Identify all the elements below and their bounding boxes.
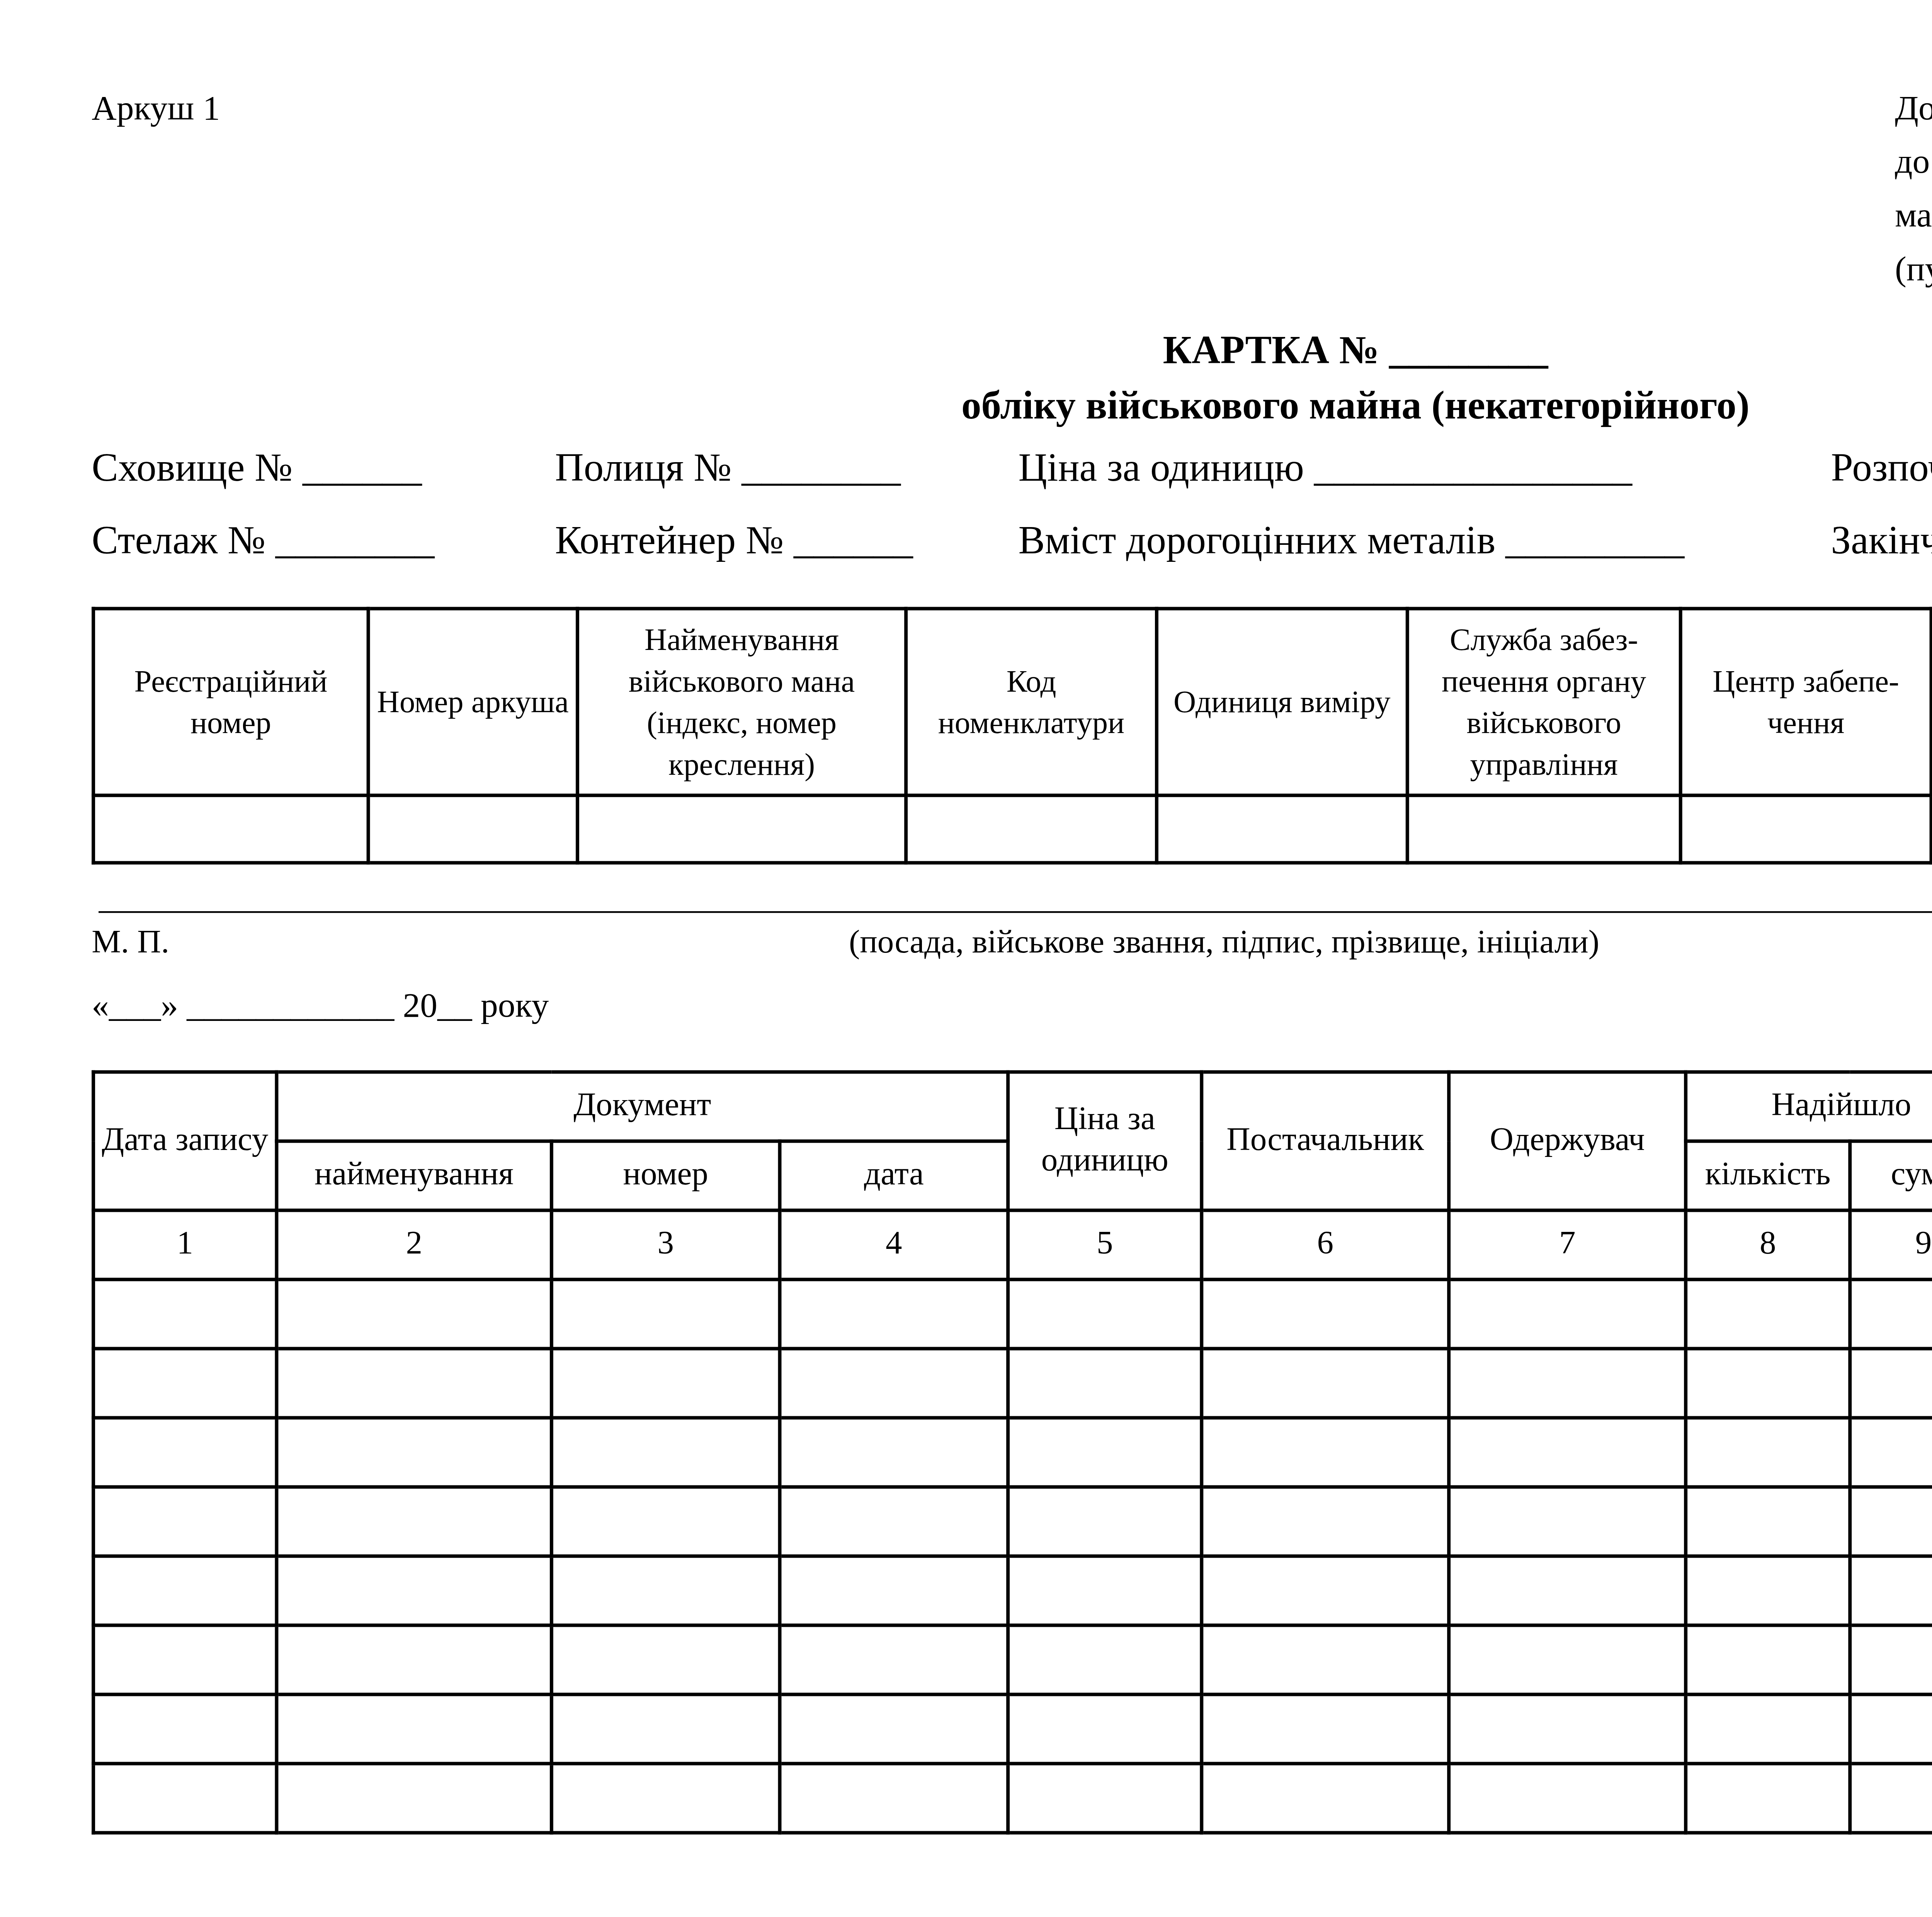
- header-item-name: Найменування військового мана (індекс, н…: [577, 609, 906, 795]
- table-row: [94, 1418, 1932, 1487]
- table-cell[interactable]: [94, 1279, 277, 1349]
- table-cell[interactable]: [277, 1279, 551, 1349]
- table-cell[interactable]: [1202, 1764, 1449, 1833]
- table-cell[interactable]: [1008, 1556, 1202, 1625]
- table-cell[interactable]: [551, 1349, 780, 1418]
- table-cell[interactable]: [1850, 1556, 1932, 1625]
- column-numbers-row: 12345678910111213: [94, 1210, 1932, 1279]
- table-cell[interactable]: [780, 1487, 1008, 1556]
- rack-field[interactable]: Стелаж № ________: [92, 519, 434, 563]
- appendix-line: Додаток 22: [1895, 83, 1932, 137]
- table-cell[interactable]: [1202, 1694, 1449, 1764]
- table-cell[interactable]: [1449, 1487, 1686, 1556]
- table-row: [94, 1694, 1932, 1764]
- signature-line: [99, 911, 1932, 913]
- table-row: [94, 1556, 1932, 1625]
- header-registration-number: Реєстраційний номер: [94, 609, 368, 795]
- header-nomenclature-code: Код номенклатури: [906, 609, 1157, 795]
- table-cell[interactable]: [1449, 1349, 1686, 1418]
- table-cell[interactable]: [1008, 1349, 1202, 1418]
- ledger-table: Дата запису Документ Ціна за одиницю Пос…: [92, 1070, 1932, 1835]
- header-supply-service: Служба забез-печення органу військового …: [1407, 609, 1680, 795]
- table-cell[interactable]: [1008, 1625, 1202, 1694]
- table-cell[interactable]: [780, 1625, 1008, 1694]
- finished-date-field[interactable]: Закінчено «____» __________ 20__ року: [1831, 519, 1932, 563]
- table-cell[interactable]: [551, 1279, 780, 1349]
- container-field[interactable]: Контейнер № ______: [555, 519, 913, 563]
- signature-caption: (посада, військове звання, підпис, прізв…: [849, 925, 1599, 963]
- table-row: [94, 1349, 1932, 1418]
- table-cell[interactable]: [94, 1418, 277, 1487]
- storage-field[interactable]: Сховище № ______: [92, 446, 422, 491]
- table-cell[interactable]: [1850, 1764, 1932, 1833]
- table-cell[interactable]: [1449, 1418, 1686, 1487]
- appendix-line: (пункт 19 розділу IV): [1895, 244, 1932, 298]
- header-doc-date: дата: [780, 1141, 1008, 1210]
- table-cell[interactable]: [277, 1349, 551, 1418]
- column-number: 6: [1202, 1210, 1449, 1279]
- table-cell[interactable]: [1686, 1487, 1850, 1556]
- table-cell[interactable]: [277, 1764, 551, 1833]
- table-cell[interactable]: [1850, 1418, 1932, 1487]
- table-cell[interactable]: [94, 1556, 277, 1625]
- header-received: Надійшло: [1686, 1072, 1932, 1141]
- table-cell[interactable]: [94, 795, 368, 863]
- table-cell[interactable]: [551, 1625, 780, 1694]
- table-cell[interactable]: [577, 795, 906, 863]
- table-row: [94, 1487, 1932, 1556]
- sheet-number: Аркуш 1: [92, 83, 220, 137]
- table-cell[interactable]: [277, 1418, 551, 1487]
- table-cell[interactable]: [1850, 1279, 1932, 1349]
- table-cell[interactable]: [1407, 795, 1680, 863]
- table-cell[interactable]: [1686, 1625, 1850, 1694]
- table-cell[interactable]: [1686, 1418, 1850, 1487]
- table-cell[interactable]: [1850, 1349, 1932, 1418]
- table-cell[interactable]: [1202, 1418, 1449, 1487]
- header-doc-number: номер: [551, 1141, 780, 1210]
- table-cell[interactable]: [1850, 1487, 1932, 1556]
- table-cell[interactable]: [94, 1487, 277, 1556]
- card-title: КАРТКА № ________: [0, 328, 1932, 373]
- started-date-field[interactable]: Розпочато «____» __________ 20__ року: [1831, 446, 1932, 491]
- table-cell[interactable]: [277, 1556, 551, 1625]
- header-quantity: кількість: [1686, 1141, 1850, 1210]
- header-recipient: Одержувач: [1449, 1072, 1686, 1210]
- table-row: [94, 1764, 1932, 1833]
- table-cell[interactable]: [94, 1764, 277, 1833]
- table-cell[interactable]: [1449, 1694, 1686, 1764]
- table-cell[interactable]: [780, 1764, 1008, 1833]
- table-cell[interactable]: [551, 1418, 780, 1487]
- table-row: [94, 1279, 1932, 1349]
- table-cell[interactable]: [551, 1556, 780, 1625]
- table-cell[interactable]: [551, 1694, 780, 1764]
- header-unit: Одиниця виміру: [1156, 609, 1407, 795]
- column-number: 8: [1686, 1210, 1850, 1279]
- table-cell[interactable]: [1008, 1764, 1202, 1833]
- table-cell[interactable]: [1850, 1625, 1932, 1694]
- header-sheet-number: Номер аркуша: [368, 609, 577, 795]
- table-cell[interactable]: [780, 1418, 1008, 1487]
- card-subtitle: обліку військового майна (некатегорійног…: [0, 384, 1932, 429]
- table-cell[interactable]: [1202, 1487, 1449, 1556]
- unit-price-field[interactable]: Ціна за одиницю ________________: [1018, 446, 1632, 491]
- table-cell[interactable]: [368, 795, 577, 863]
- table-cell[interactable]: [780, 1556, 1008, 1625]
- table-cell[interactable]: [1686, 1349, 1850, 1418]
- column-number: 9: [1850, 1210, 1932, 1279]
- column-number: 4: [780, 1210, 1008, 1279]
- table-cell[interactable]: [1008, 1694, 1202, 1764]
- table-cell[interactable]: [551, 1487, 780, 1556]
- table-cell[interactable]: [1449, 1279, 1686, 1349]
- table-cell[interactable]: [1008, 1418, 1202, 1487]
- table-cell[interactable]: [551, 1764, 780, 1833]
- appendix-line: майна у Збройних Силах України: [1895, 190, 1932, 244]
- table-cell[interactable]: [94, 1694, 277, 1764]
- column-number: 5: [1008, 1210, 1202, 1279]
- appendix-line: до Інструкції з обліку військового: [1895, 136, 1932, 190]
- header-doc-name: найменування: [277, 1141, 551, 1210]
- table-cell[interactable]: [277, 1487, 551, 1556]
- table-cell[interactable]: [1449, 1764, 1686, 1833]
- appendix-note: Додаток 22 до Інструкції з обліку військ…: [1895, 83, 1932, 298]
- column-number: 1: [94, 1210, 277, 1279]
- table-cell[interactable]: [277, 1625, 551, 1694]
- table-cell[interactable]: [780, 1279, 1008, 1349]
- table-cell[interactable]: [1008, 1487, 1202, 1556]
- shelf-field[interactable]: Полиця № ________: [555, 446, 901, 491]
- table-cell[interactable]: [1686, 1694, 1850, 1764]
- table-cell[interactable]: [1686, 1764, 1850, 1833]
- table-cell[interactable]: [94, 1349, 277, 1418]
- header-entry-date: Дата запису: [94, 1072, 277, 1210]
- table-cell[interactable]: [1449, 1625, 1686, 1694]
- table-cell[interactable]: [1008, 1279, 1202, 1349]
- table-cell[interactable]: [1202, 1279, 1449, 1349]
- header-unit-price: Ціна за одиницю: [1008, 1072, 1202, 1210]
- table-cell[interactable]: [1202, 1349, 1449, 1418]
- table-cell[interactable]: [94, 1625, 277, 1694]
- header-supply-center: Центр забепе-чення: [1680, 609, 1931, 795]
- table-cell[interactable]: [277, 1694, 551, 1764]
- table-cell[interactable]: [1202, 1625, 1449, 1694]
- table-cell[interactable]: [1686, 1279, 1850, 1349]
- header-supplier: Постачальник: [1202, 1072, 1449, 1210]
- table-cell[interactable]: [780, 1694, 1008, 1764]
- table-cell[interactable]: [1680, 795, 1931, 863]
- form-page: Аркуш 1 Додаток 22 до Інструкції з облік…: [0, 0, 1932, 1917]
- registry-table: Реєстраційний номер Номер аркуша Наймену…: [92, 607, 1932, 865]
- stamp-label: М. П.: [92, 925, 169, 963]
- table-cell[interactable]: [1850, 1694, 1932, 1764]
- table-cell[interactable]: [1202, 1556, 1449, 1625]
- table-cell[interactable]: [1156, 795, 1407, 863]
- precious-metals-field[interactable]: Вміст дорогоцінних металів _________: [1018, 519, 1684, 563]
- table-row: [94, 795, 1932, 863]
- column-number: 2: [277, 1210, 551, 1279]
- table-cell[interactable]: [780, 1349, 1008, 1418]
- table-cell[interactable]: [906, 795, 1157, 863]
- column-number: 7: [1449, 1210, 1686, 1279]
- column-number: 3: [551, 1210, 780, 1279]
- table-cell[interactable]: [1449, 1556, 1686, 1625]
- ledger-body: [94, 1279, 1932, 1833]
- table-cell[interactable]: [1686, 1556, 1850, 1625]
- header-document: Документ: [277, 1072, 1008, 1141]
- table-row: [94, 1625, 1932, 1694]
- header-sum: сума: [1850, 1141, 1932, 1210]
- signature-date[interactable]: «___» ____________ 20__ року: [92, 987, 549, 1027]
